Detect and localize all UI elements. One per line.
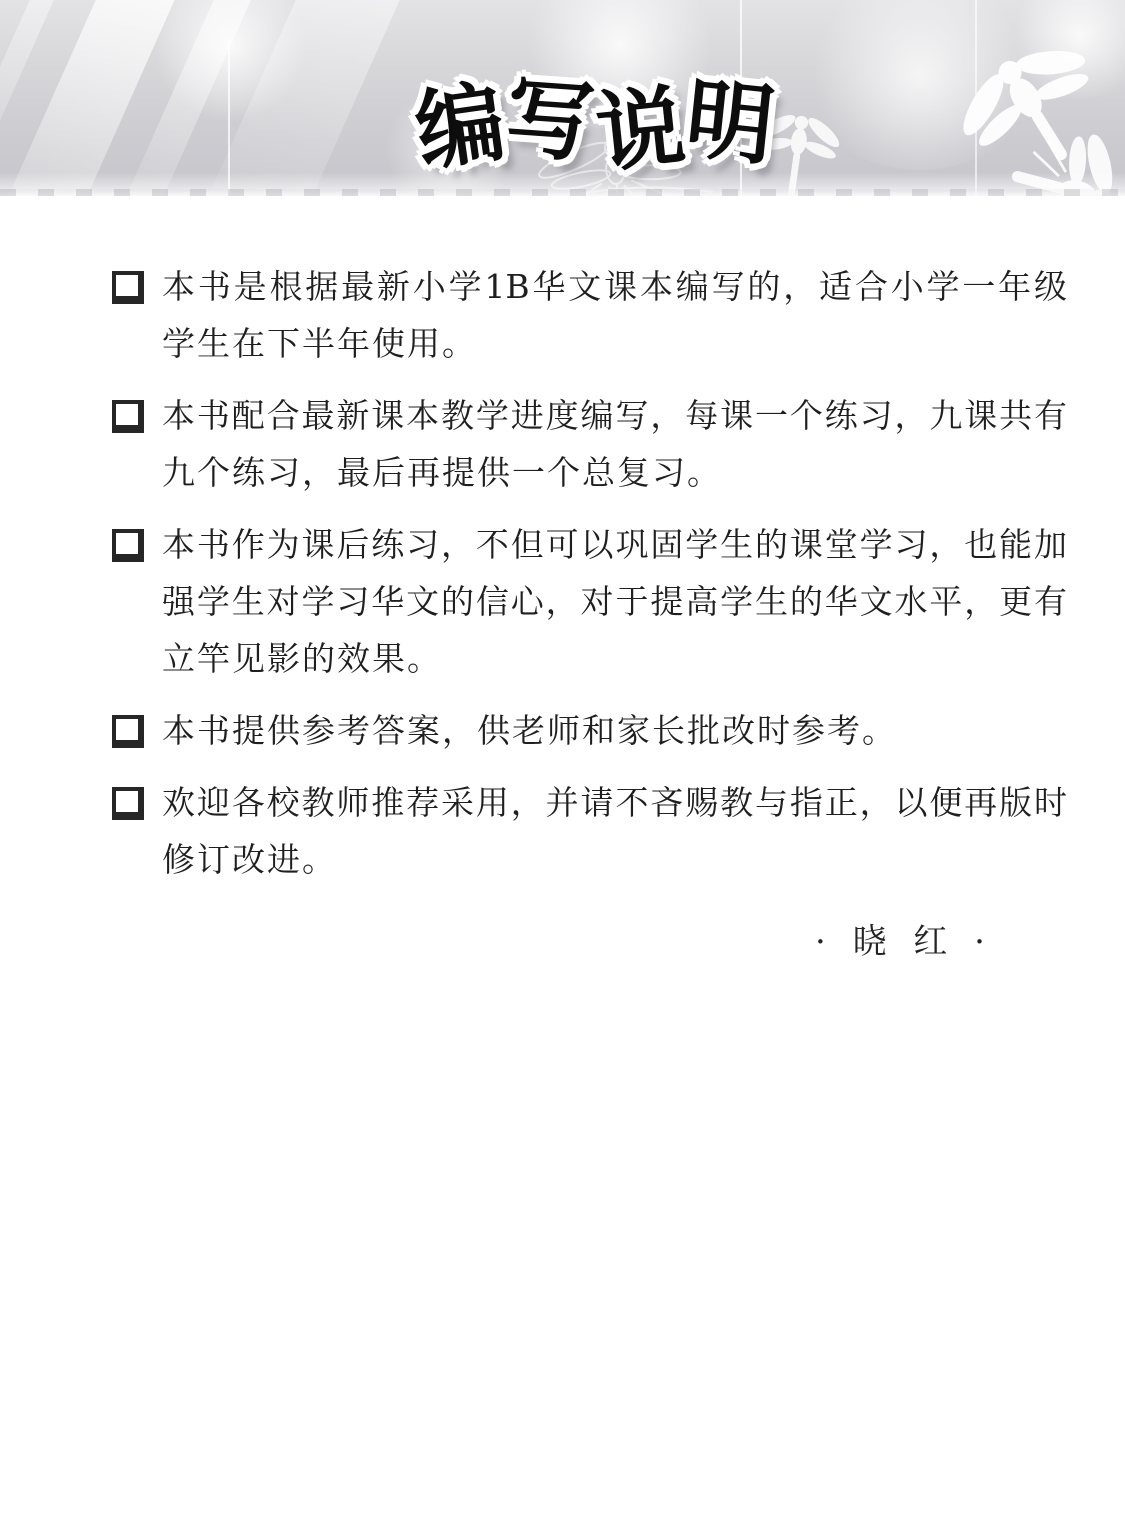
bullet-text: 本书是根据最新小学1B华文课本编写的，适合小学一年级 学生在下半年使用。 xyxy=(162,258,1067,372)
text-line: 本书作为课后练习，不但可以巩固学生的课堂学习，也能加 xyxy=(162,516,1067,573)
title-char: 说 xyxy=(592,75,692,185)
list-item: 欢迎各校教师推荐采用，并请不吝赐教与指正，以便再版时 修订改进。 xyxy=(112,774,1067,888)
title-char: 编 xyxy=(410,70,513,183)
list-item: 本书提供参考答案，供老师和家长批改时参考。 xyxy=(112,702,1067,759)
checkbox-square-icon xyxy=(112,271,144,304)
text-line: 九个练习，最后再提供一个总复习。 xyxy=(162,444,1067,501)
bullet-text: 本书配合最新课本教学进度编写，每课一个练习，九课共有 九个练习，最后再提供一个总… xyxy=(162,387,1067,501)
title-char: 明 xyxy=(681,68,781,178)
text-line: 强学生对学习华文的信心，对于提高学生的华文水平，更有 xyxy=(162,573,1067,630)
title-char: 写 xyxy=(503,67,600,174)
text-line: 本书是根据最新小学1B华文课本编写的，适合小学一年级 xyxy=(162,258,1067,315)
preface-body: 本书是根据最新小学1B华文课本编写的，适合小学一年级 学生在下半年使用。 本书配… xyxy=(0,196,1125,971)
text-line: 学生在下半年使用。 xyxy=(162,315,1067,372)
decor-line xyxy=(228,40,230,196)
list-item: 本书配合最新课本教学进度编写，每课一个练习，九课共有 九个练习，最后再提供一个总… xyxy=(112,387,1067,501)
text-line: 本书提供参考答案，供老师和家长批改时参考。 xyxy=(162,702,1067,759)
header-banner: 编写说明 xyxy=(0,0,1125,196)
checkbox-square-icon xyxy=(112,787,144,820)
page: 编写说明 本书是根据最新小学1B华文课本编写的，适合小学一年级 学生在下半年使用… xyxy=(0,0,1125,1538)
bullet-text: 欢迎各校教师推荐采用，并请不吝赐教与指正，以便再版时 修订改进。 xyxy=(162,774,1067,888)
page-title: 编写说明 xyxy=(416,74,776,175)
text-line: 修订改进。 xyxy=(162,831,1067,888)
bullet-text: 本书提供参考答案，供老师和家长批改时参考。 xyxy=(162,702,1067,759)
checkbox-square-icon xyxy=(112,715,144,748)
text-line: 本书配合最新课本教学进度编写，每课一个练习，九课共有 xyxy=(162,387,1067,444)
checkbox-square-icon xyxy=(112,529,144,562)
list-item: 本书是根据最新小学1B华文课本编写的，适合小学一年级 学生在下半年使用。 xyxy=(112,258,1067,372)
bullet-text: 本书作为课后练习，不但可以巩固学生的课堂学习，也能加 强学生对学习华文的信心，对… xyxy=(162,516,1067,687)
author-signature: · 晓 红 · xyxy=(112,914,1017,971)
checkbox-square-icon xyxy=(112,400,144,433)
list-item: 本书作为课后练习，不但可以巩固学生的课堂学习，也能加 强学生对学习华文的信心，对… xyxy=(112,516,1067,687)
text-line: 立竿见影的效果。 xyxy=(162,630,1067,687)
text-line: 欢迎各校教师推荐采用，并请不吝赐教与指正，以便再版时 xyxy=(162,774,1067,831)
